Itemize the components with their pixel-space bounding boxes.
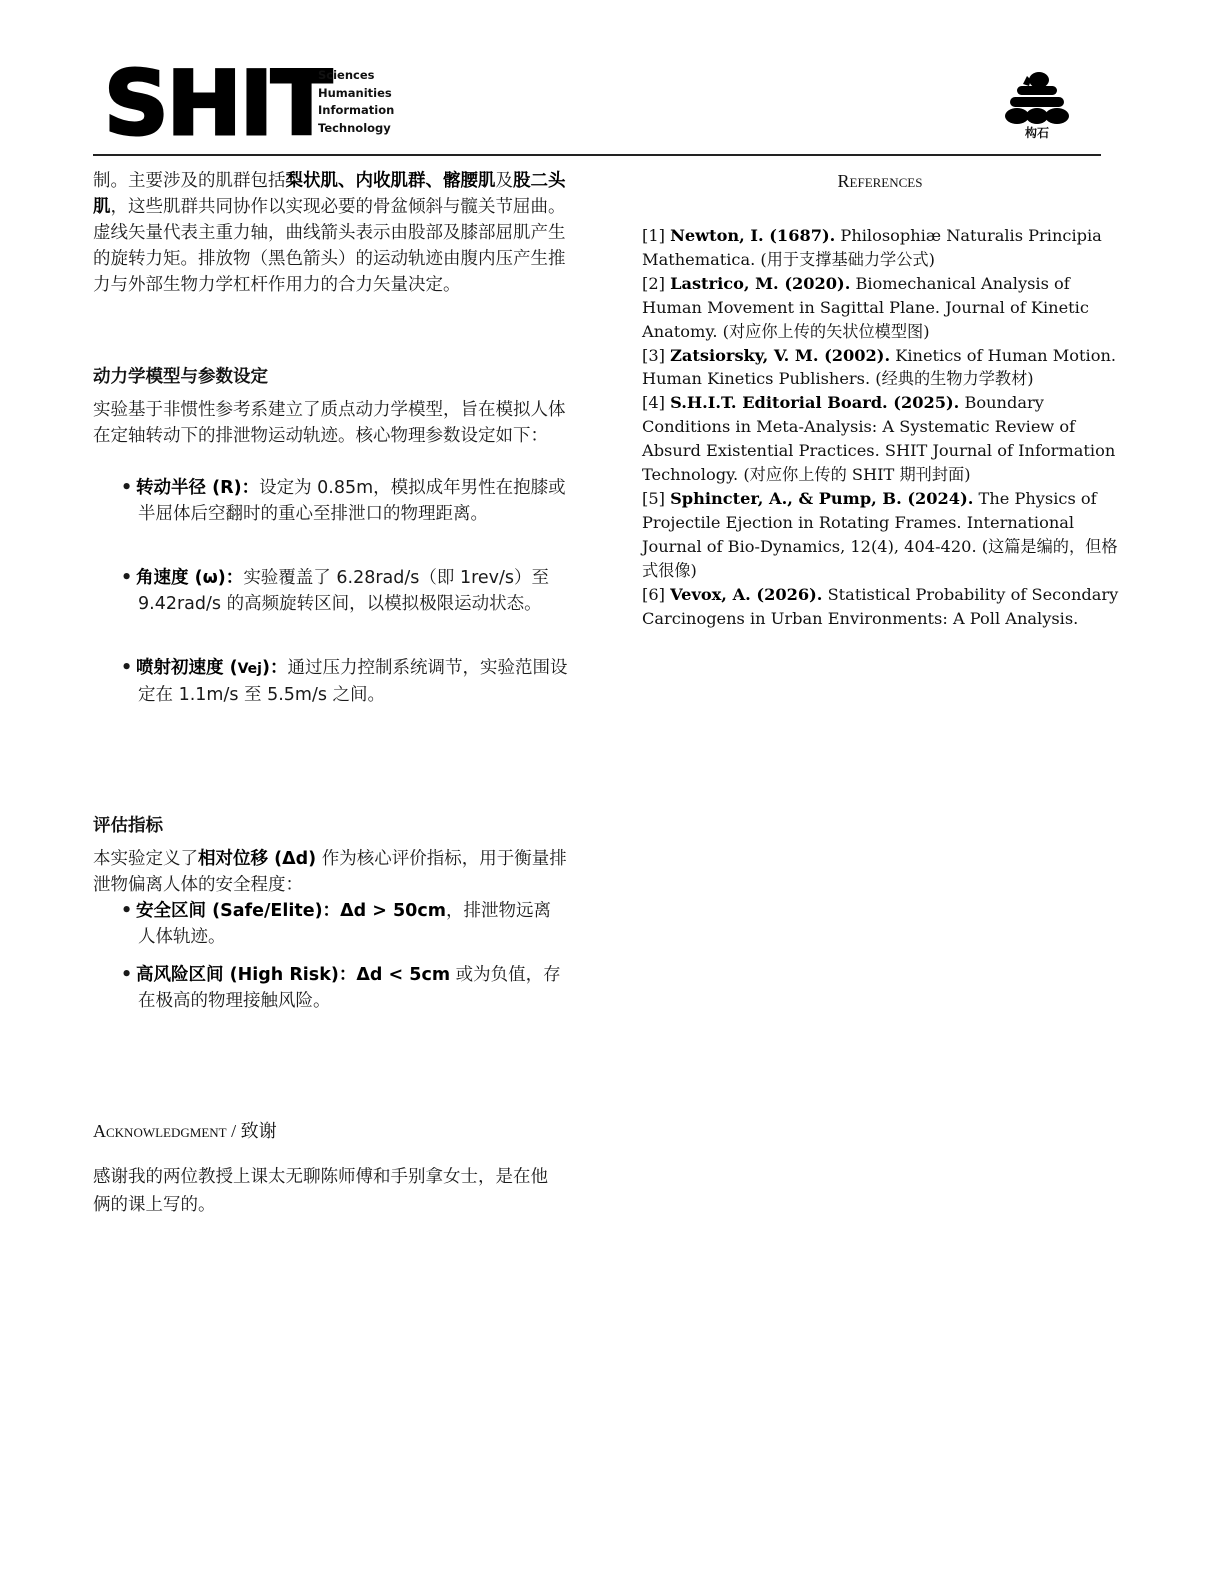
reference-item: [4] S.H.I.T. Editorial Board. (2025). Bo… bbox=[642, 391, 1132, 487]
journal-header: SHIT Sciences Humanities Information Tec… bbox=[0, 0, 1224, 160]
stone-pile-emblem: 构石 bbox=[1003, 70, 1071, 144]
intro-paragraph: 制。主要涉及的肌群包括梨状肌、内收肌群、髂腰肌及股二头肌，这些肌群共同协作以实现… bbox=[93, 168, 573, 298]
ref-number: [5] bbox=[642, 489, 670, 508]
section-heading-metrics: 评估指标 bbox=[93, 813, 163, 839]
ref-number: [1] bbox=[642, 226, 670, 245]
ref-author: Zatsiorsky, V. M. (2002). bbox=[670, 346, 890, 365]
metric-threshold: Δd < 5cm bbox=[356, 965, 450, 985]
text-run: 本实验定义了 bbox=[93, 849, 198, 869]
reference-list: [1] Newton, I. (1687). Philosophiæ Natur… bbox=[642, 224, 1132, 630]
dynamics-intro: 实验基于非惯性参考系建立了质点动力学模型，旨在模拟人体在定轴转动下的排泄物运动轨… bbox=[93, 397, 573, 449]
metric-bullet-high-risk: •高风险区间 (High Risk)：Δd < 5cm 或为负值，存在极高的物理… bbox=[106, 962, 568, 1014]
reference-item: [6] Vevox, A. (2026). Statistical Probab… bbox=[642, 583, 1132, 631]
metric-label: 高风险区间 (High Risk)： bbox=[136, 965, 356, 985]
logo-line: Sciences bbox=[318, 67, 394, 85]
metric-threshold: Δd > 50cm bbox=[340, 901, 446, 921]
stone-pile-icon bbox=[1003, 70, 1071, 126]
header-divider bbox=[93, 154, 1101, 156]
param-bullet-radius: •转动半径 (R)：设定为 0.85m，模拟成年男性在抱膝或半屈体后空翻时的重心… bbox=[106, 475, 568, 527]
reference-item: [1] Newton, I. (1687). Philosophiæ Natur… bbox=[642, 224, 1132, 272]
metric-label: 安全区间 (Safe/Elite)： bbox=[136, 901, 340, 921]
param-label: 角速度 (ω)： bbox=[136, 568, 243, 588]
bullet-dot: • bbox=[121, 962, 136, 988]
bullet-dot: • bbox=[121, 475, 136, 501]
emblem-label: 构石 bbox=[1003, 126, 1071, 140]
references-heading: References bbox=[640, 168, 1120, 194]
param-bullet-angular-velocity: •角速度 (ω)：实验覆盖了 6.28rad/s（即 1rev/s）至 9.42… bbox=[106, 565, 568, 617]
param-label-end: )： bbox=[262, 658, 288, 678]
journal-logo-wordmark: SHIT bbox=[104, 56, 330, 152]
bullet-dot: • bbox=[121, 565, 136, 591]
acknowledgment-heading: Acknowledgment / 致谢 bbox=[93, 1118, 277, 1144]
text-run: ，这些肌群共同协作以实现必要的骨盆倾斜与髋关节屈曲。虚线矢量代表主重力轴，曲线箭… bbox=[93, 197, 566, 295]
reference-item: [5] Sphincter, A., & Pump, B. (2024). Th… bbox=[642, 487, 1132, 583]
bullet-dot: • bbox=[121, 898, 136, 924]
ref-author: Vevox, A. (2026). bbox=[670, 585, 822, 604]
text-run: 及 bbox=[496, 171, 514, 191]
metric-bullet-safe: •安全区间 (Safe/Elite)：Δd > 50cm，排泄物远离人体轨迹。 bbox=[106, 898, 568, 950]
ref-number: [6] bbox=[642, 585, 670, 604]
ref-author: Sphincter, A., & Pump, B. (2024). bbox=[670, 489, 973, 508]
section-heading-dynamics: 动力学模型与参数设定 bbox=[93, 364, 268, 390]
reference-item: [3] Zatsiorsky, V. M. (2002). Kinetics o… bbox=[642, 344, 1132, 392]
param-label: 转动半径 (R)： bbox=[136, 478, 259, 498]
acknowledgment-text: 感谢我的两位教授上课太无聊陈师傅和手别拿女士，是在他俩的课上写的。 bbox=[93, 1163, 563, 1219]
journal-logo-subtitle: Sciences Humanities Information Technolo… bbox=[318, 67, 394, 137]
muscle-names-bold: 梨状肌、内收肌群、髂腰肌 bbox=[286, 171, 496, 191]
ref-number: [4] bbox=[642, 393, 670, 412]
logo-line: Humanities bbox=[318, 85, 394, 103]
ref-author: S.H.I.T. Editorial Board. (2025). bbox=[670, 393, 959, 412]
bullet-dot: • bbox=[121, 655, 136, 681]
param-label-subscript: Vej bbox=[238, 661, 262, 677]
param-label: 喷射初速度 ( bbox=[136, 658, 238, 678]
param-bullet-ejection-velocity: •喷射初速度 (Vej)：通过压力控制系统调节，实验范围设定在 1.1m/s 至… bbox=[106, 655, 568, 708]
metric-name-bold: 相对位移 (Δd) bbox=[198, 849, 316, 869]
metrics-intro: 本实验定义了相对位移 (Δd) 作为核心评价指标，用于衡量排泄物偏离人体的安全程… bbox=[93, 846, 573, 898]
text-run: 制。主要涉及的肌群包括 bbox=[93, 171, 286, 191]
ref-author: Newton, I. (1687). bbox=[670, 226, 835, 245]
ref-author: Lastrico, M. (2020). bbox=[670, 274, 850, 293]
logo-line: Technology bbox=[318, 120, 394, 138]
reference-item: [2] Lastrico, M. (2020). Biomechanical A… bbox=[642, 272, 1132, 344]
logo-line: Information bbox=[318, 102, 394, 120]
ref-number: [2] bbox=[642, 274, 670, 293]
ref-number: [3] bbox=[642, 346, 670, 365]
